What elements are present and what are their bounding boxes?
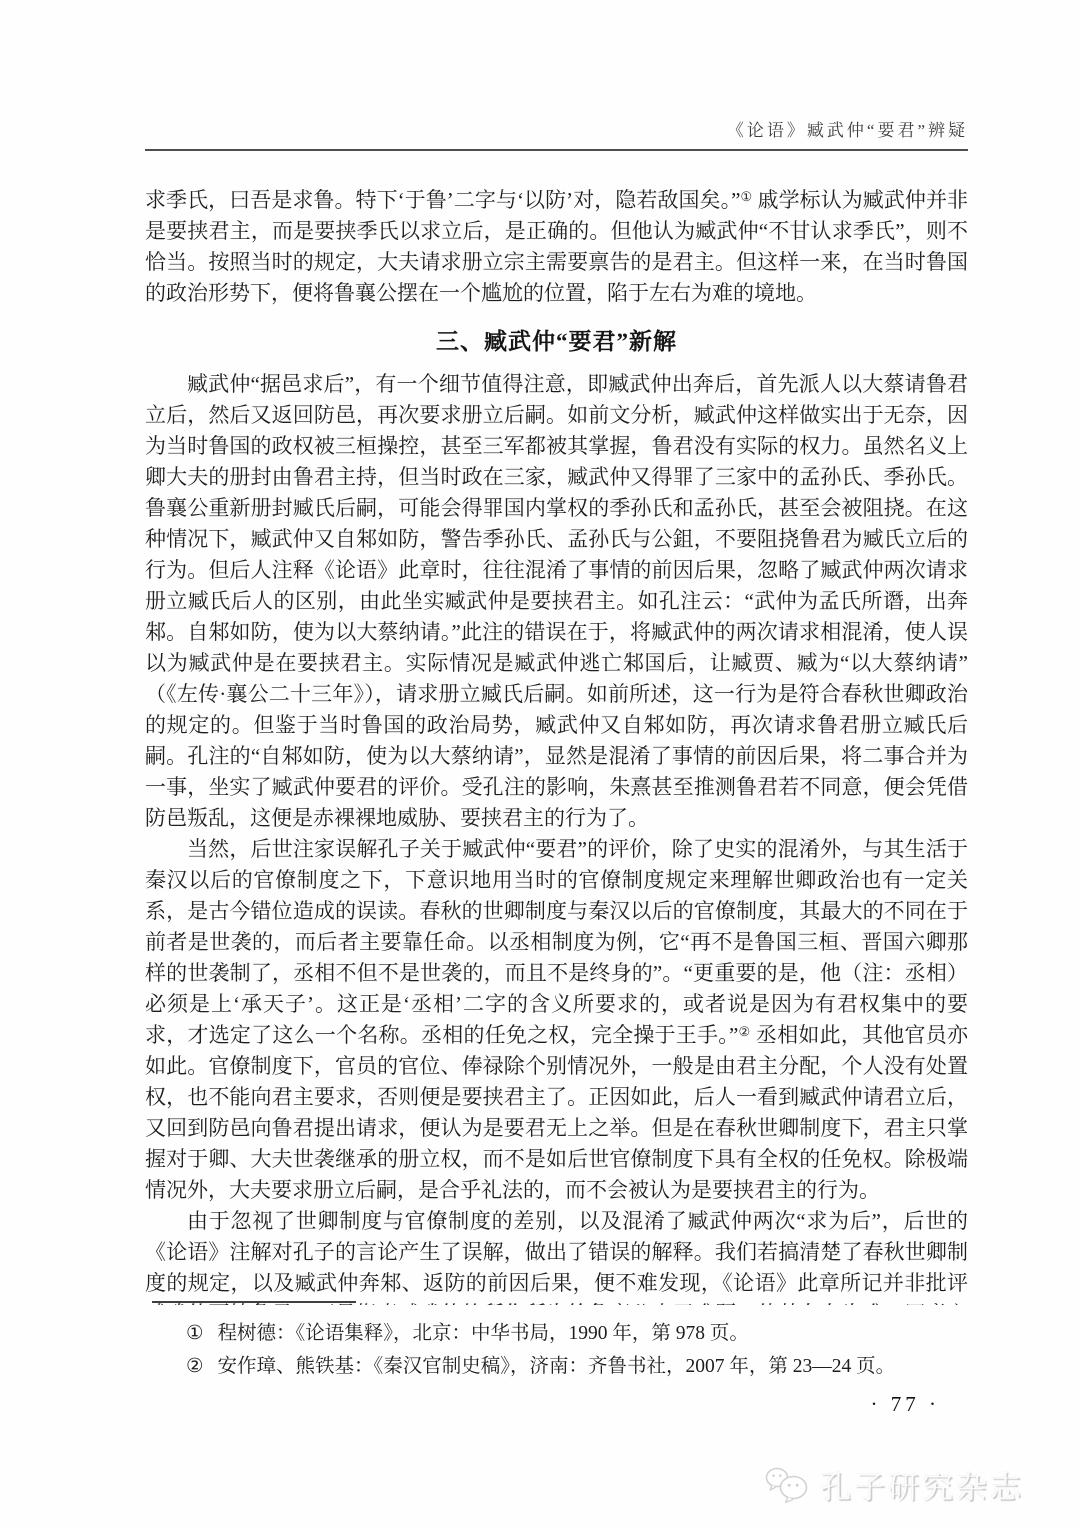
page-header: 《论语》臧武仲“要君”辨疑 [0,0,1080,151]
journal-watermark: 孔子研究杂志 [764,1462,1024,1507]
wechat-icon [764,1465,810,1505]
paragraph-1: 求季氏，曰吾是求鲁。特下‘于鲁’二字与‘以防’对，隐若敌国矣。”① 戚学标认为臧… [145,185,968,309]
footnote-separator [152,1301,356,1303]
article-body: 求季氏，曰吾是求鲁。特下‘于鲁’二字与‘以防’对，隐若敌国矣。”① 戚学标认为臧… [0,151,1080,1305]
paragraph-2: 臧武仲“据邑求后”，有一个细节值得注意，即臧武仲出奔后，首先派人以大蔡请鲁君立后… [145,369,968,834]
footnote-1: ①程树德：《论语集释》，北京：中华书局，1990 年，第 978 页。 [186,1317,968,1350]
footnotes: ①程树德：《论语集释》，北京：中华书局，1990 年，第 978 页。 ②安作璋… [186,1317,968,1383]
paragraph-4: 由于忽视了世卿制度与官僚制度的差别，以及混淆了臧武仲两次“求为后”，后世的《论语… [145,1206,968,1305]
paragraph-3-text-cont: 丞相如此，其他官员亦如此。官僚制度下，官员的官位、俸禄除个别情况外，一般是由君主… [145,1023,968,1202]
footnote-2: ②安作璋、熊铁基：《秦汉官制史稿》，济南：齐鲁书社，2007 年，第 23—24… [186,1350,968,1383]
footnote-ref-1: ① [740,189,752,204]
footnote-1-text: 程树德：《论语集释》，北京：中华书局，1990 年，第 978 页。 [217,1323,748,1344]
watermark-text: 孔子研究杂志 [820,1462,1024,1507]
footnote-2-marker: ② [186,1356,203,1377]
page-number: · 77 · [871,1392,941,1417]
journal-page: 《论语》臧武仲“要君”辨疑 求季氏，曰吾是求鲁。特下‘于鲁’二字与‘以防’对，隐… [0,0,1080,1526]
paragraph-3-text: 当然，后世注家误解孔子关于臧武仲“要君”的评价，除了史实的混淆外，与其生活于秦汉… [145,837,968,1047]
footnote-ref-2: ② [738,1024,750,1039]
paragraph-1-text: 求季氏，曰吾是求鲁。特下‘于鲁’二字与‘以防’对，隐若敌国矣。” [145,188,740,212]
paragraph-3: 当然，后世注家误解孔子关于臧武仲“要君”的评价，除了史实的混淆外，与其生活于秦汉… [145,834,968,1206]
section-heading: 三、臧武仲“要君”新解 [145,323,968,356]
footnote-1-marker: ① [186,1323,203,1344]
footnote-2-text: 安作璋、熊铁基：《秦汉官制史稿》，济南：齐鲁书社，2007 年，第 23—24 … [217,1356,895,1377]
running-title: 《论语》臧武仲“要君”辨疑 [145,120,968,149]
